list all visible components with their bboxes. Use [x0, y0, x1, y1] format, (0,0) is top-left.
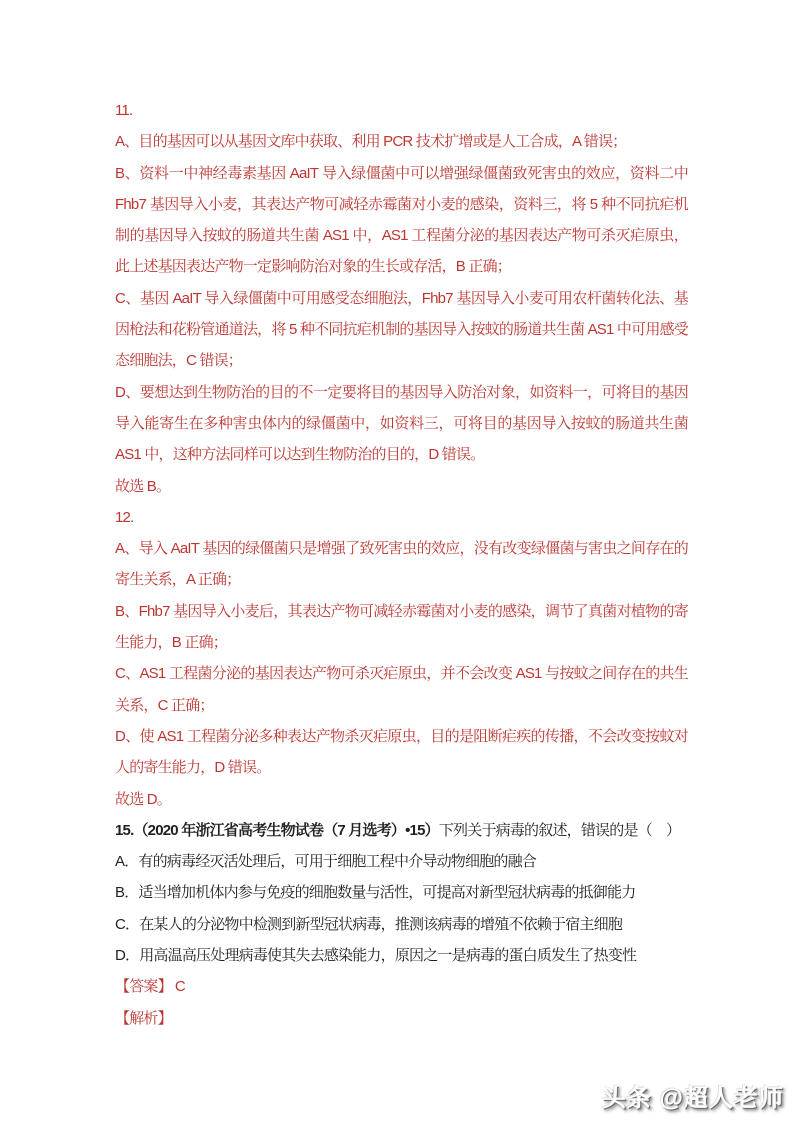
q15-analysis-label: 【解析】 — [115, 1003, 688, 1034]
q15-option-b: B．适当增加机体内参与免疫的细胞数量与活性，可提高对新型冠状病毒的抵御能力 — [115, 877, 688, 908]
q15-source: 15.（2020 年浙江省高考生物试卷（7 月选考）•15） — [115, 822, 439, 839]
answer-value: C — [175, 978, 185, 995]
q15-stem: 下列关于病毒的叙述，错误的是（ ） — [439, 822, 680, 839]
q11-option-d-line3: AS1 中，这种方法同样可以达到生物防治的目的，D 错误。 — [115, 439, 688, 470]
q15-answer-line: 【答案】C — [115, 971, 688, 1002]
q11-option-b-line2: Fhb7 基因导入小麦，其表达产物可减轻赤霉菌对小麦的感染，资料三，将 5 种不… — [115, 189, 688, 220]
q12-choice: 故选 D。 — [115, 784, 688, 815]
q11-option-c-line2: 因枪法和花粉管通道法，将 5 种不同抗疟机制的基因导入按蚊的肠道共生菌 AS1 … — [115, 314, 688, 345]
q11-option-d-line2: 导入能寄生在多种害虫体内的绿僵菌中，如资料三，可将目的基因导入按蚊的肠道共生菌 — [115, 408, 688, 439]
q12-option-b-line1: B、Fhb7 基因导入小麦后，其表达产物可减轻赤霉菌对小麦的感染，调节了真菌对植… — [115, 596, 688, 627]
q12-option-a-line1: A、导入 AaIT 基因的绿僵菌只是增强了致死害虫的效应，没有改变绿僵菌与害虫之… — [115, 533, 688, 564]
q15-question-line: 15.（2020 年浙江省高考生物试卷（7 月选考）•15）下列关于病毒的叙述，… — [115, 815, 688, 846]
q12-option-d-line2: 人的寄生能力，D 错误。 — [115, 752, 688, 783]
q12-option-c-line1: C、AS1 工程菌分泌的基因表达产物可杀灭疟原虫，并不会改变 AS1 与按蚊之间… — [115, 658, 688, 689]
q15-option-a: A．有的病毒经灭活处理后，可用于细胞工程中介导动物细胞的融合 — [115, 846, 688, 877]
q12-option-b-line2: 生能力，B 正确； — [115, 627, 688, 658]
q11-choice: 故选 B。 — [115, 471, 688, 502]
q12-option-c-line2: 关系，C 正确； — [115, 690, 688, 721]
document-page: 11. A、目的基因可以从基因文库中获取、利用 PCR 技术扩增或是人工合成，A… — [0, 0, 794, 1123]
q12-number: 12. — [115, 502, 688, 533]
q11-option-b-line1: B、资料一中神经毒素基因 AaIT 导入绿僵菌中可以增强绿僵菌致死害虫的效应，资… — [115, 158, 688, 189]
q15-option-c: C．在某人的分泌物中检测到新型冠状病毒，推测该病毒的增殖不依赖于宿主细胞 — [115, 909, 688, 940]
q11-option-d-line1: D、要想达到生物防治的目的不一定要将目的基因导入防治对象，如资料一，可将目的基因 — [115, 377, 688, 408]
watermark: 头条 @超人老师 — [602, 1078, 784, 1113]
q11-option-c-line1: C、基因 AaIT 导入绿僵菌中可用感受态细胞法，Fhb7 基因导入小麦可用农杆… — [115, 283, 688, 314]
q11-option-b-line4: 此上述基因表达产物一定影响防治对象的生长或存活，B 正确； — [115, 251, 688, 282]
answer-label: 【答案】 — [115, 978, 172, 995]
q12-option-a-line2: 寄生关系，A 正确； — [115, 564, 688, 595]
q12-option-d-line1: D、使 AS1 工程菌分泌多种表达产物杀灭疟原虫，目的是阻断疟疾的传播，不会改变… — [115, 721, 688, 752]
q11-option-c-line3: 态细胞法，C 错误； — [115, 345, 688, 376]
q11-number: 11. — [115, 95, 688, 126]
q15-option-d: D．用高温高压处理病毒使其失去感染能力，原因之一是病毒的蛋白质发生了热变性 — [115, 940, 688, 971]
q11-option-a-line1: A、目的基因可以从基因文库中获取、利用 PCR 技术扩增或是人工合成，A 错误； — [115, 126, 688, 157]
document-content: 11. A、目的基因可以从基因文库中获取、利用 PCR 技术扩增或是人工合成，A… — [115, 95, 688, 1034]
q11-option-b-line3: 制的基因导入按蚊的肠道共生菌 AS1 中，AS1 工程菌分泌的基因表达产物可杀灭… — [115, 220, 688, 251]
